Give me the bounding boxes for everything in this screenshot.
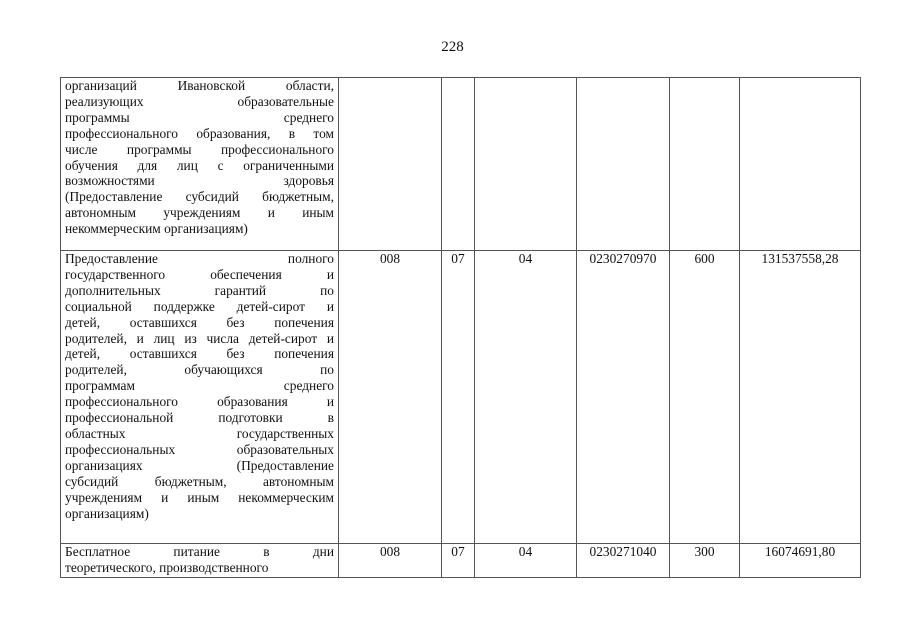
- expense-type-cell: [670, 78, 740, 251]
- description-line: реализующих образовательные: [65, 94, 334, 110]
- description-line: возможностями здоровья: [65, 173, 334, 189]
- expense-type-cell: 600: [670, 251, 740, 544]
- description-cell: Предоставление полногогосударственного о…: [61, 251, 339, 544]
- target-article-cell: 0230270970: [577, 251, 670, 544]
- section-cell: 07: [442, 544, 475, 578]
- description-line: государственного обеспечения и: [65, 267, 334, 283]
- description-line: некоммерческим организациям): [65, 221, 334, 237]
- description-line: обучения для лиц с ограниченными: [65, 158, 334, 174]
- description-line: детей, оставшихся без попечения: [65, 346, 334, 362]
- description-line: программам среднего: [65, 378, 334, 394]
- expense-type-cell: 300: [670, 544, 740, 578]
- description-line: детей, оставшихся без попечения: [65, 315, 334, 331]
- description-line: областных государственных: [65, 426, 334, 442]
- description-line: программы среднего: [65, 110, 334, 126]
- amount-cell: [740, 78, 861, 251]
- gov-code-cell: 008: [339, 544, 442, 578]
- description-line: организациях (Предоставление: [65, 458, 334, 474]
- subsection-cell: 04: [475, 251, 577, 544]
- section-cell: [442, 78, 475, 251]
- table-row: Предоставление полногогосударственного о…: [61, 251, 861, 544]
- description-line: дополнительных гарантий по: [65, 283, 334, 299]
- budget-table: организаций Ивановской области,реализующ…: [60, 77, 861, 578]
- description-line: автономным учреждениям и иным: [65, 205, 334, 221]
- description-line: социальной поддержке детей-сирот и: [65, 299, 334, 315]
- description-line: профессионального образования, в том: [65, 126, 334, 142]
- description-line: профессионального образования и: [65, 394, 334, 410]
- description-line: (Предоставление субсидий бюджетным,: [65, 189, 334, 205]
- description-line: организаций Ивановской области,: [65, 78, 334, 94]
- description-line: субсидий бюджетным, автономным: [65, 474, 334, 490]
- target-article-cell: [577, 78, 670, 251]
- description-line: профессиональных образовательных: [65, 442, 334, 458]
- description-line: теоретического, производственного: [65, 560, 334, 576]
- gov-code-cell: 008: [339, 251, 442, 544]
- amount-cell: 16074691,80: [740, 544, 861, 578]
- description-line: организациям): [65, 506, 334, 522]
- subsection-cell: 04: [475, 544, 577, 578]
- target-article-cell: 0230271040: [577, 544, 670, 578]
- table-row: Бесплатное питание в днитеоретического, …: [61, 544, 861, 578]
- description-line: профессиональной подготовки в: [65, 410, 334, 426]
- table-row: организаций Ивановской области,реализующ…: [61, 78, 861, 251]
- description-line: числе программы профессионального: [65, 142, 334, 158]
- section-cell: 07: [442, 251, 475, 544]
- description-cell: Бесплатное питание в днитеоретического, …: [61, 544, 339, 578]
- description-line: родителей, и лиц из числа детей-сирот и: [65, 331, 334, 347]
- description-cell: организаций Ивановской области,реализующ…: [61, 78, 339, 251]
- amount-cell: 131537558,28: [740, 251, 861, 544]
- gov-code-cell: [339, 78, 442, 251]
- page-number: 228: [0, 38, 905, 56]
- description-line: учреждениям и иным некоммерческим: [65, 490, 334, 506]
- description-line: родителей, обучающихся по: [65, 362, 334, 378]
- description-line: Предоставление полного: [65, 251, 334, 267]
- subsection-cell: [475, 78, 577, 251]
- description-line: Бесплатное питание в дни: [65, 544, 334, 560]
